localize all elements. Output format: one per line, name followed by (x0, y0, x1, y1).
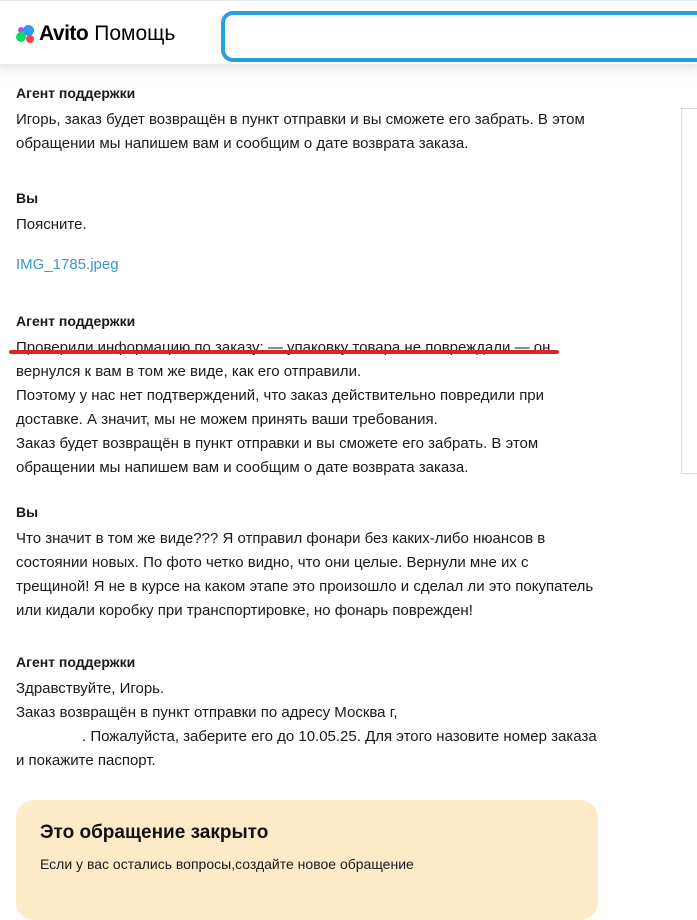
avito-logo-icon (16, 24, 36, 44)
message-line: состоянии новых. По фото четко видно, чт… (16, 551, 593, 575)
message-author: Вы (16, 189, 119, 207)
message-support: Агент поддержки Проверили информацию по … (16, 312, 550, 480)
message-line: вернулся к вам в том же виде, как его от… (16, 360, 550, 384)
message-author: Агент поддержки (16, 312, 550, 330)
message-author: Агент поддержки (16, 84, 585, 102)
message-line: . Пожалуйста, заберите его до 10.05.25. … (16, 725, 597, 749)
search-input[interactable] (221, 11, 697, 62)
message-line: Здравствуйте, Игорь. (16, 677, 597, 701)
message-line: Заказ будет возвращён в пункт отправки и… (16, 432, 550, 456)
closed-notice-title: Это обращение закрыто (40, 820, 574, 846)
message-user: Вы Поясните. IMG_1785.jpeg (16, 189, 119, 277)
message-line: Заказ возвращён в пункт отправки по адре… (16, 701, 597, 725)
red-highlight-underline (9, 350, 559, 354)
message-line: Что значит в том же виде??? Я отправил ф… (16, 527, 593, 551)
message-line: и покажите паспорт. (16, 749, 597, 773)
avito-help-logo[interactable]: Avito Помощь (16, 23, 175, 45)
message-line: или кидали коробку при транспортировке, … (16, 599, 593, 623)
message-line: Проверили информацию по заказу: — упаков… (16, 336, 550, 360)
header-shadow (0, 64, 697, 84)
attachment-link[interactable]: IMG_1785.jpeg (16, 253, 119, 277)
logo-brand: Avito (39, 22, 88, 46)
message-support: Агент поддержки Здравствуйте, Игорь. Зак… (16, 653, 597, 773)
ticket-closed-notice: Это обращение закрыто Если у вас осталис… (16, 800, 598, 892)
message-line: обращении мы напишем вам и сообщим о дат… (16, 132, 585, 156)
message-user: Вы Что значит в том же виде??? Я отправи… (16, 503, 593, 623)
message-line: Поэтому у нас нет подтверждений, что зак… (16, 384, 550, 408)
message-line: Поясните. (16, 213, 119, 237)
logo-section-title: Помощь (94, 22, 175, 46)
message-line: обращении мы напишем вам и сообщим о дат… (16, 456, 550, 480)
top-header: Avito Помощь (0, 0, 697, 64)
side-panel (681, 108, 697, 474)
message-line: доставке. А значит, мы не можем принять … (16, 408, 550, 432)
closed-notice-text: Если у вас остались вопросы,создайте нов… (40, 854, 574, 874)
message-author: Вы (16, 503, 593, 521)
message-line: трещиной! Я не в курсе на каком этапе эт… (16, 575, 593, 599)
message-support: Агент поддержки Игорь, заказ будет возвр… (16, 84, 585, 156)
message-author: Агент поддержки (16, 653, 597, 671)
message-line: Игорь, заказ будет возвращён в пункт отп… (16, 108, 585, 132)
